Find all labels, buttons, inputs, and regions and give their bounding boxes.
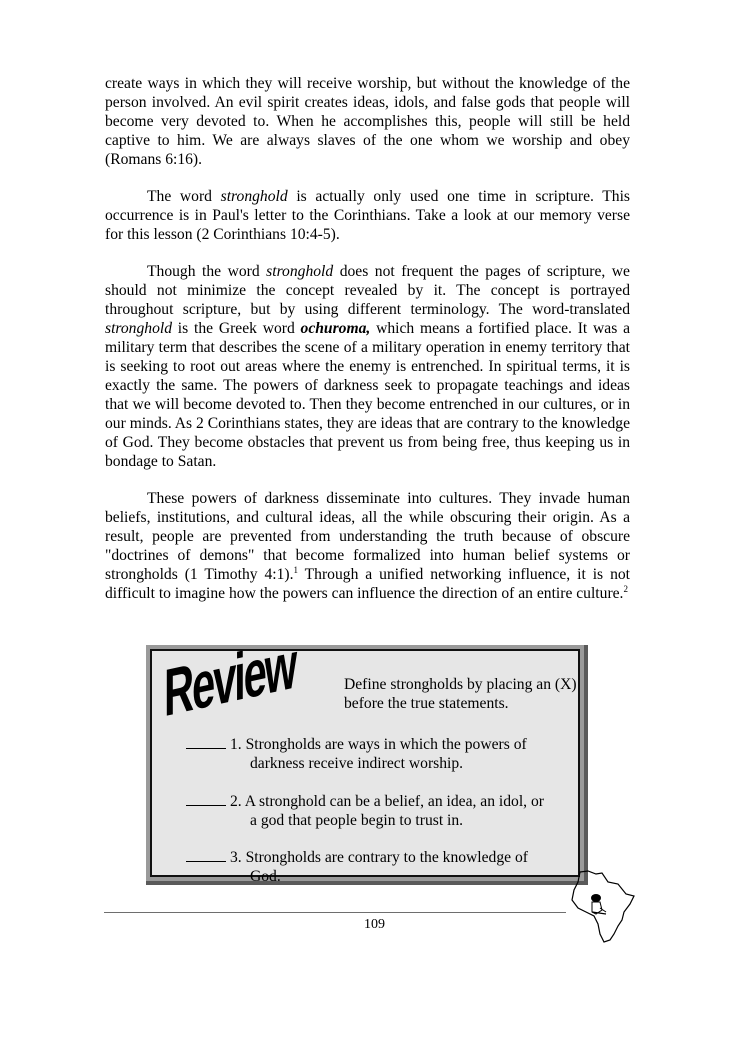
review-item-number: 3. — [230, 849, 242, 866]
body-paragraph-3: Though the word stronghold does not freq… — [105, 262, 630, 471]
text-run: stronghold — [105, 320, 172, 337]
review-item-text: Strongholds are contrary to the knowledg… — [246, 849, 528, 866]
text-run: stronghold — [266, 263, 333, 280]
document-page: create ways in which they will receive w… — [0, 0, 749, 1060]
text-run: create ways in which they will receive w… — [105, 75, 630, 168]
text-run: ochuroma, — [301, 320, 371, 337]
footer-rule — [104, 912, 638, 913]
answer-blank-3[interactable] — [186, 848, 226, 862]
review-box-inner: Review Define strongholds by placing an … — [150, 649, 580, 877]
review-item-2: 2. A stronghold can be a belief, an idea… — [186, 792, 576, 830]
review-item-text-continued: darkness receive indirect worship. — [186, 754, 576, 773]
review-item-text: Strongholds are ways in which the powers… — [246, 736, 527, 753]
review-item-number: 1. — [230, 736, 242, 753]
answer-blank-2[interactable] — [186, 792, 226, 806]
text-run: is the Greek word — [172, 320, 301, 337]
text-run: stronghold — [221, 188, 288, 205]
footnote-marker: 2 — [623, 584, 628, 594]
answer-blank-1[interactable] — [186, 735, 226, 749]
review-item-text-continued: a god that people begin to trust in. — [186, 811, 576, 830]
review-instruction: Define strongholds by placing an (X) bef… — [344, 675, 584, 713]
review-item-3: 3. Strongholds are contrary to the knowl… — [186, 848, 576, 886]
text-run: which means a fortified place. It was a … — [105, 320, 630, 470]
africa-map-with-kneeling-person-icon — [566, 868, 642, 944]
review-box: Review Define strongholds by placing an … — [146, 645, 588, 885]
review-item-1: 1. Strongholds are ways in which the pow… — [186, 735, 576, 773]
text-run: The word — [147, 188, 221, 205]
text-run: Though the word — [147, 263, 266, 280]
review-item-text: A stronghold can be a belief, an idea, a… — [245, 793, 544, 810]
body-paragraph-2: The word stronghold is actually only use… — [105, 187, 630, 244]
body-paragraph-1: create ways in which they will receive w… — [105, 74, 630, 169]
review-item-text-continued: God. — [186, 867, 576, 886]
body-text: create ways in which they will receive w… — [105, 74, 630, 621]
review-item-number: 2. — [230, 793, 242, 810]
body-paragraph-4: These powers of darkness disseminate int… — [105, 489, 630, 603]
